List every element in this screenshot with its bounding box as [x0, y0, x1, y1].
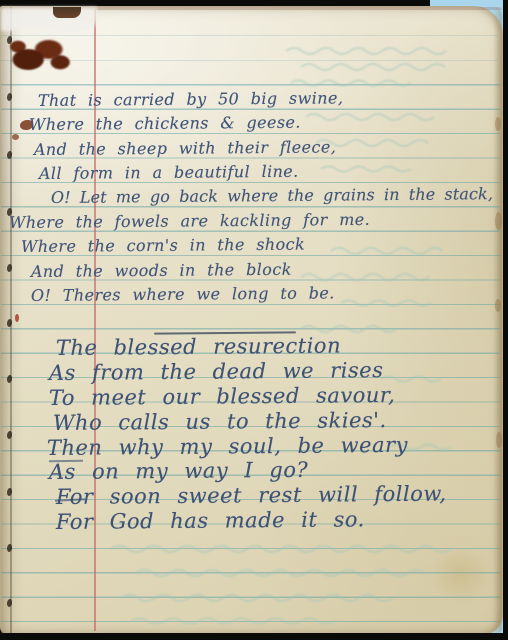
- poem-line: That is carried by 50 big swine,: [38, 90, 343, 109]
- torn-edge-spot: [495, 299, 501, 312]
- poem-line: And the sheep with their fleece,: [34, 139, 336, 158]
- poem-line: As from the dead we rises: [49, 360, 384, 384]
- poem-line: As on my way I go?: [49, 460, 308, 483]
- torn-edge-spot: [495, 117, 501, 131]
- ruled-line-faint: [1, 60, 498, 61]
- ruled-line-faint: [1, 35, 498, 36]
- poem-line: O! Theres where we long to be.: [31, 285, 335, 304]
- poem-line: Where the corn's in the shock: [21, 237, 305, 255]
- poem-line: Then why my soul, be weary: [47, 435, 408, 459]
- poem-line: And the woods in the block: [31, 262, 292, 280]
- poem-line: Where the chickens & geese.: [29, 115, 301, 133]
- worn-corner-patch: [1, 7, 97, 31]
- page-right-edge: [493, 7, 502, 634]
- brown-stain-spot: [12, 134, 19, 140]
- poem-line: O! Let me go back where the grains in th…: [51, 186, 493, 206]
- scan-frame-edge: [0, 633, 508, 640]
- torn-edge-spot: [496, 432, 502, 448]
- notebook-page: That is carried by 50 big swine, Where t…: [0, 6, 503, 635]
- poem-line: Who calls us to the skies'.: [53, 410, 387, 434]
- poem-line: Where the fowels are kackling for me.: [9, 212, 370, 231]
- yellow-stain: [429, 547, 493, 603]
- red-ink-spot: [15, 314, 19, 322]
- poem-line: To meet our blessed savour,: [49, 385, 396, 409]
- brown-stain: [9, 31, 73, 77]
- poem-line: All form in a beautiful line.: [39, 164, 299, 182]
- poem-line: For God has made it so.: [56, 509, 365, 533]
- poem-line: The blessed resurection: [56, 336, 341, 359]
- torn-edge-spot: [495, 212, 502, 230]
- tape-residue-mark: [53, 7, 81, 18]
- scan-frame-edge: [503, 0, 508, 640]
- poem-line: For soon sweet rest will follow,: [56, 484, 447, 508]
